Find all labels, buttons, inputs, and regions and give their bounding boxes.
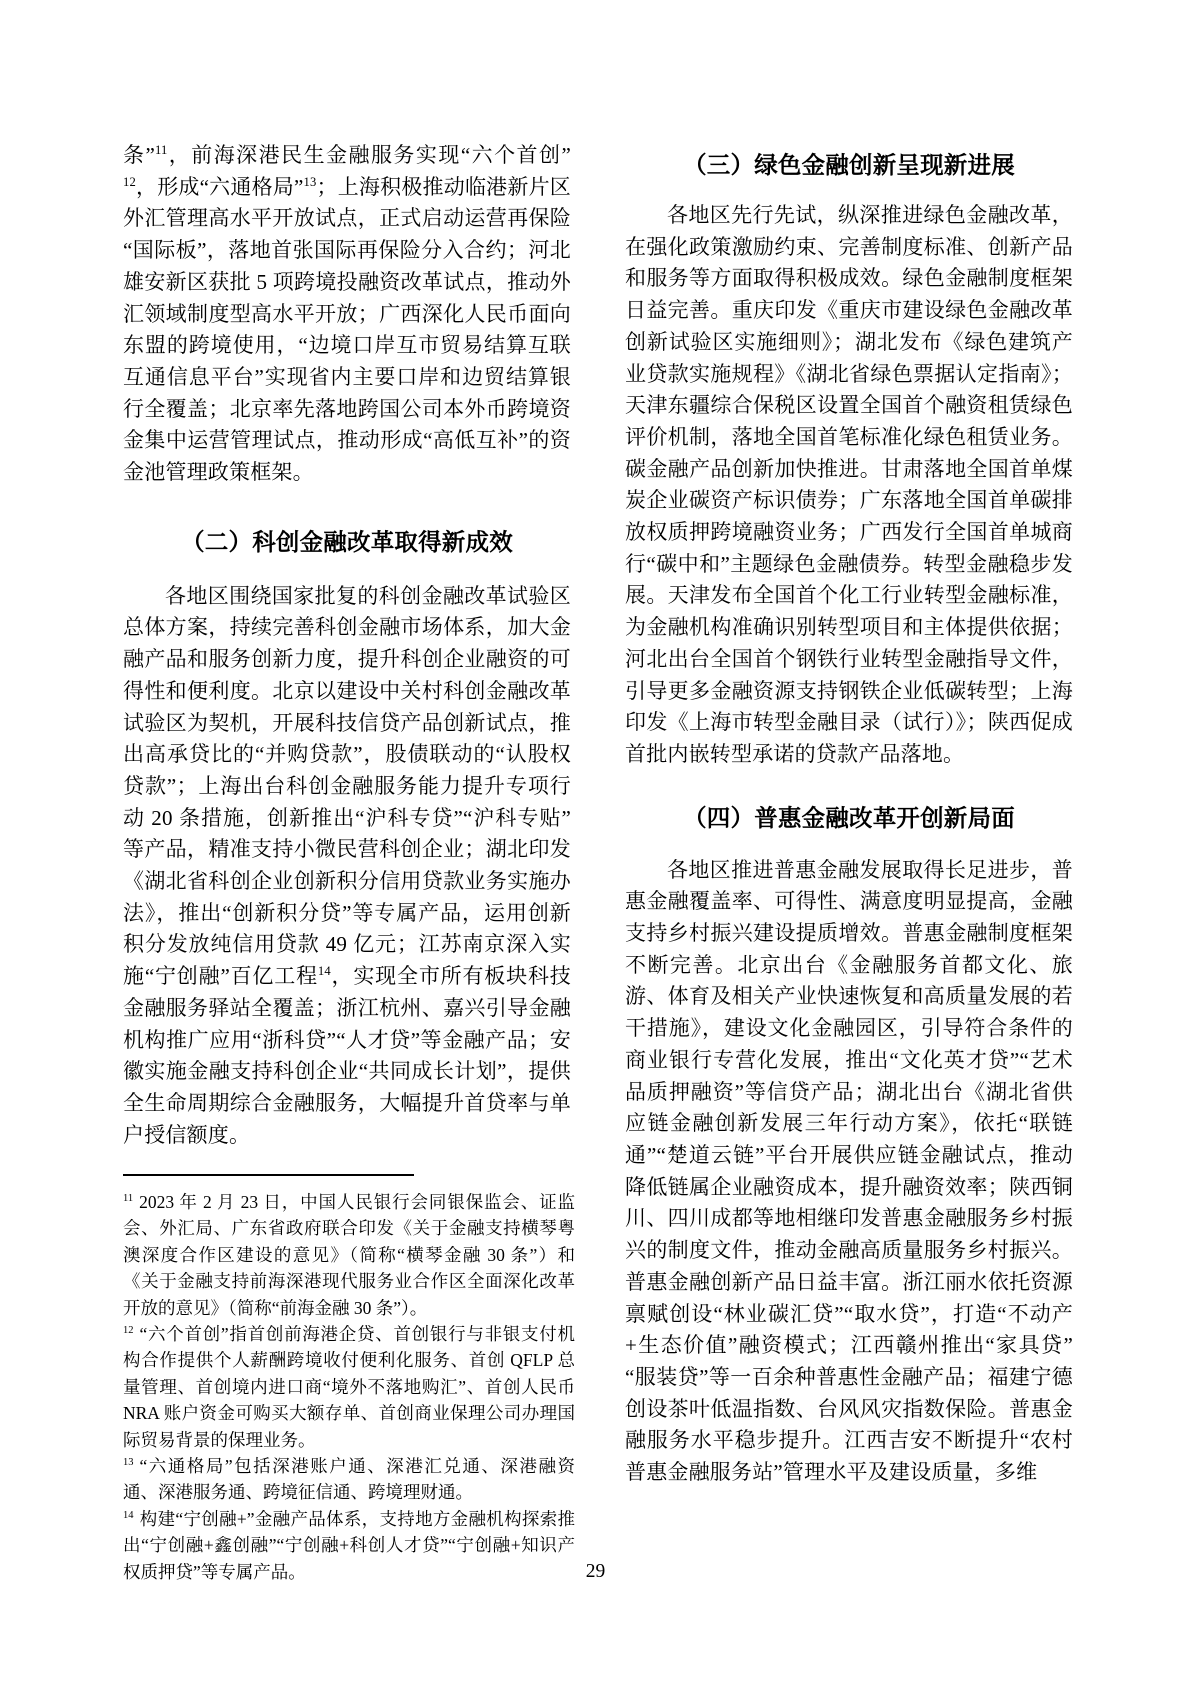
section-heading-scitech-finance: （二）科创金融改革取得新成效 xyxy=(123,525,571,559)
footnote-marker: 12 xyxy=(123,1325,134,1336)
footnote-text: 2023 年 2 月 23 日，中国人民银行会同银保监会、证监会、外汇局、广东省… xyxy=(123,1192,575,1318)
right-column: （三）绿色金融创新呈现新进展 各地区先行先试，纵深推进绿色金融改革，在强化政策激… xyxy=(625,148,1073,1489)
paragraph-intro-continuation: 条”11，前海深港民生金融服务实现“六个首创”12，形成“六通格局”13；上海积… xyxy=(123,140,571,489)
footnote-divider xyxy=(123,1174,414,1176)
paragraph-green-finance: 各地区先行先试，纵深推进绿色金融改革，在强化政策激励约束、完善制度标准、创新产品… xyxy=(625,200,1073,771)
footnote-item-11: 112023 年 2 月 23 日，中国人民银行会同银保监会、证监会、外汇局、广… xyxy=(123,1189,575,1321)
footnote-text: “六个首创”指首创前海港企贷、首创银行与非银支付机构合作提供个人薪酬跨境收付便利… xyxy=(123,1324,575,1450)
paragraph-inclusive-finance: 各地区推进普惠金融发展取得长足进步，普惠金融覆盖率、可得性、满意度明显提高，金融… xyxy=(625,855,1073,1489)
footnotes-section: 112023 年 2 月 23 日，中国人民银行会同银保监会、证监会、外汇局、广… xyxy=(123,1174,575,1585)
section-heading-inclusive-finance: （四）普惠金融改革开创新局面 xyxy=(625,801,1073,835)
left-column: 条”11，前海深港民生金融服务实现“六个首创”12，形成“六通格局”13；上海积… xyxy=(123,140,571,1151)
document-page: 条”11，前海深港民生金融服务实现“六个首创”12，形成“六通格局”13；上海积… xyxy=(0,0,1191,1684)
footnote-text: “六通格局”包括深港账户通、深港汇兑通、深港融资通、深港服务通、跨境征信通、跨境… xyxy=(123,1456,575,1502)
footnote-marker: 13 xyxy=(123,1457,134,1468)
footnote-item-13: 13“六通格局”包括深港账户通、深港汇兑通、深港融资通、深港服务通、跨境征信通、… xyxy=(123,1453,575,1506)
paragraph-scitech-finance: 各地区围绕国家批复的科创金融改革试验区总体方案，持续完善科创金融市场体系，加大金… xyxy=(123,581,571,1152)
footnote-item-12: 12“六个首创”指首创前海港企贷、首创银行与非银支付机构合作提供个人薪酬跨境收付… xyxy=(123,1321,575,1453)
page-number: 29 xyxy=(0,1557,1191,1587)
footnote-marker: 14 xyxy=(123,1510,134,1521)
section-heading-green-finance: （三）绿色金融创新呈现新进展 xyxy=(625,148,1073,182)
footnote-marker: 11 xyxy=(123,1193,133,1204)
